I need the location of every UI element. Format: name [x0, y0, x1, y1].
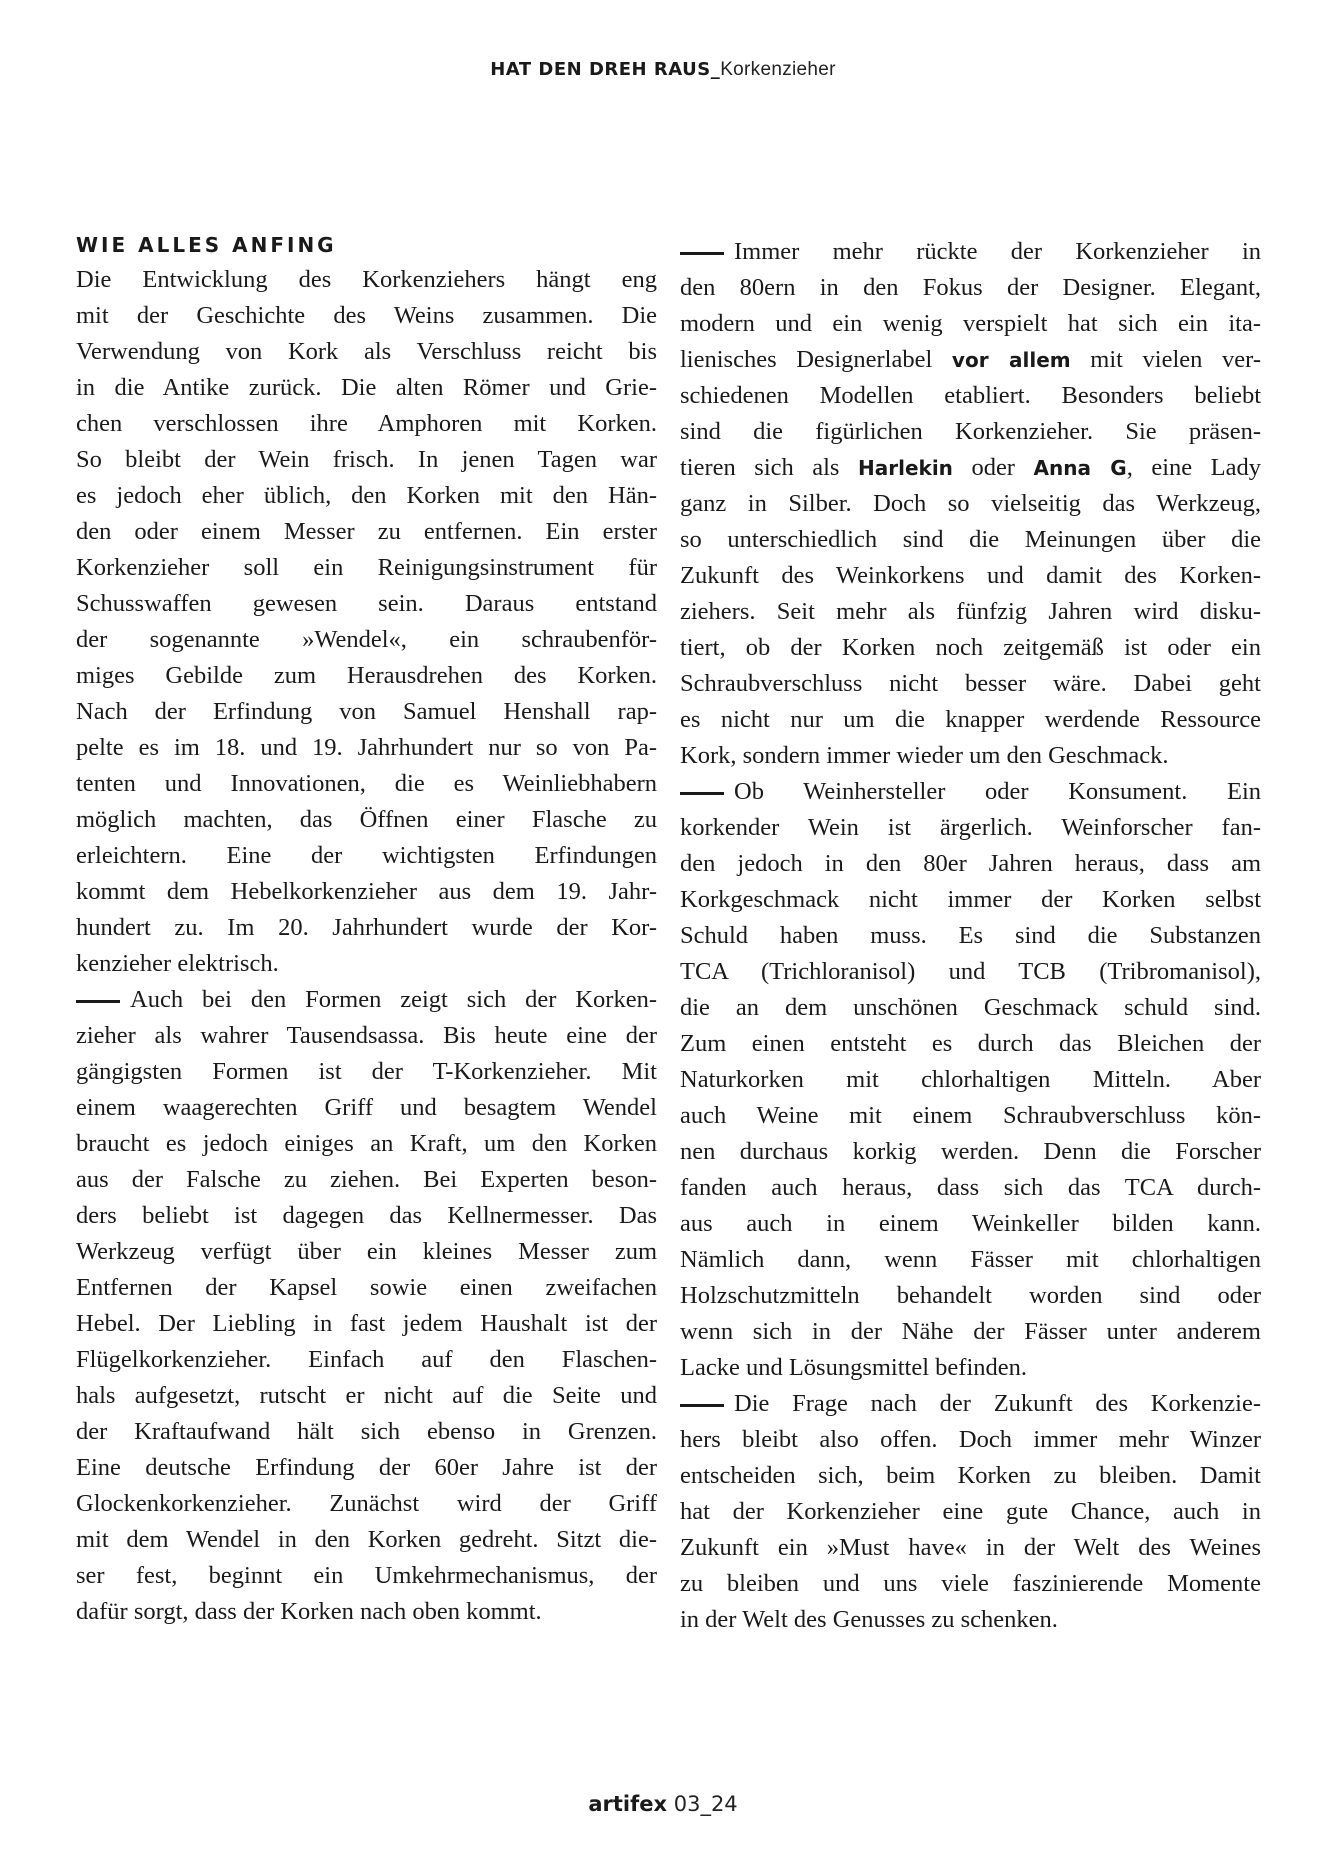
text-line: den 80ern in den Fokus der Designer. Ele… — [680, 270, 1261, 306]
page-footer: artifex 03_24 — [0, 1790, 1326, 1818]
text-line: ziehers. Seit mehr als fünfzig Jahren wi… — [680, 594, 1261, 630]
text-line: entscheiden sich, beim Korken zu bleiben… — [680, 1458, 1261, 1494]
paragraph-start-line: Immer mehr rückte der Korkenzieher in — [680, 234, 1261, 270]
paragraph-dash-icon — [76, 1000, 120, 1003]
text-line: fanden auch heraus, dass sich das TCA du… — [680, 1170, 1261, 1206]
model-name-emphasis: Harlekin — [858, 456, 953, 480]
text-line: Flügelkorkenzieher. Einfach auf den Flas… — [76, 1342, 657, 1378]
text-line: in die Antike zurück. Die alten Römer un… — [76, 370, 657, 406]
text-line: braucht es jedoch einiges an Kraft, um d… — [76, 1126, 657, 1162]
text-line: Eine deutsche Erfindung der 60er Jahre i… — [76, 1450, 657, 1486]
text-line: kenzieher elektrisch. — [76, 946, 657, 982]
section-heading: WIE ALLES ANFING — [76, 230, 657, 260]
text-line: Zukunft ein »Must have« in der Welt des … — [680, 1530, 1261, 1566]
text-line: wenn sich in der Nähe der Fässer unter a… — [680, 1314, 1261, 1350]
text-line: Kork, sondern immer wieder um den Geschm… — [680, 738, 1261, 774]
text-line: miges Gebilde zum Herausdrehen des Korke… — [76, 658, 657, 694]
text-line: Zukunft des Weinkorkens und damit des Ko… — [680, 558, 1261, 594]
text-line: es jedoch eher üblich, den Korken mit de… — [76, 478, 657, 514]
text-line: Ob Weinhersteller oder Konsument. Ein — [734, 778, 1261, 805]
paragraph-start-line: Auch bei den Formen zeigt sich der Korke… — [76, 982, 657, 1018]
text-line: Die Frage nach der Zukunft des Korkenzie… — [734, 1390, 1261, 1417]
text-line: tiert, ob der Korken noch zeitgemäß ist … — [680, 630, 1261, 666]
paragraph-start-line: Ob Weinhersteller oder Konsument. Ein — [680, 774, 1261, 810]
text-line: ganz in Silber. Doch so vielseitig das W… — [680, 486, 1261, 522]
section-subtitle: Korkenzieher — [720, 59, 836, 80]
text-line: die an dem unschönen Geschmack schuld si… — [680, 990, 1261, 1026]
text-line: modern und ein wenig verspielt hat sich … — [680, 306, 1261, 342]
text-line: der Kraftaufwand hält sich ebenso in Gre… — [76, 1414, 657, 1450]
text-line: Nämlich dann, wenn Fässer mit chlorhalti… — [680, 1242, 1261, 1278]
section-kicker: HAT DEN DREH RAUS_ — [490, 59, 720, 80]
text-line: tenten und Innovationen, die es Weinlieb… — [76, 766, 657, 802]
text-line: in der Welt des Genusses zu schenken. — [680, 1602, 1261, 1638]
text-line: Die Entwicklung des Korkenziehers hängt … — [76, 262, 657, 298]
text-line: Werkzeug verfügt über ein kleines Messer… — [76, 1234, 657, 1270]
text-line: zu bleiben und uns viele faszinierende M… — [680, 1566, 1261, 1602]
text-line: schiedenen Modellen etabliert. Besonders… — [680, 378, 1261, 414]
text-line: so unterschiedlich sind die Meinungen üb… — [680, 522, 1261, 558]
text-line-with-emphasis: lienisches Designerlabel vor allem mit v… — [680, 342, 1261, 378]
paragraph-dash-icon — [680, 792, 724, 795]
text-line: auch Weine mit einem Schraubverschluss k… — [680, 1098, 1261, 1134]
text-line: hers bleibt also offen. Doch immer mehr … — [680, 1422, 1261, 1458]
text-line: kommt dem Hebelkorkenzieher aus dem 19. … — [76, 874, 657, 910]
text-line: zieher als wahrer Tausendsassa. Bis heut… — [76, 1018, 657, 1054]
article-column-left: WIE ALLES ANFING Die Entwicklung des Kor… — [76, 234, 657, 1630]
text-line: Schraubverschluss nicht besser wäre. Dab… — [680, 666, 1261, 702]
text-line: erleichtern. Eine der wichtigsten Erfind… — [76, 838, 657, 874]
magazine-brand: artifex — [588, 1792, 667, 1816]
text-line: chen verschlossen ihre Amphoren mit Kork… — [76, 406, 657, 442]
text-line: aus der Falsche zu ziehen. Bei Experten … — [76, 1162, 657, 1198]
running-header: HAT DEN DREH RAUS_Korkenzieher — [0, 58, 1326, 82]
text-line: pelte es im 18. und 19. Jahrhundert nur … — [76, 730, 657, 766]
text-line: TCA (Trichloranisol) und TCB (Tribromani… — [680, 954, 1261, 990]
text-line: Entfernen der Kapsel sowie einen zweifac… — [76, 1270, 657, 1306]
text-line: So bleibt der Wein frisch. In jenen Tage… — [76, 442, 657, 478]
text-line: mit dem Wendel in den Korken gedreht. Si… — [76, 1522, 657, 1558]
text-line: dafür sorgt, dass der Korken nach oben k… — [76, 1594, 657, 1630]
text-line: Zum einen entsteht es durch das Bleichen… — [680, 1026, 1261, 1062]
article-column-right: Immer mehr rückte der Korkenzieher in de… — [680, 234, 1261, 1638]
text-line: Lacke und Lösungsmittel befinden. — [680, 1350, 1261, 1386]
text-line: mit der Geschichte des Weins zusammen. D… — [76, 298, 657, 334]
brand-name-emphasis: vor allem — [952, 348, 1071, 372]
text-line: Korkgeschmack nicht immer der Korken sel… — [680, 882, 1261, 918]
text-line: hat der Korkenzieher eine gute Chance, a… — [680, 1494, 1261, 1530]
model-name-emphasis: Anna G — [1034, 456, 1127, 480]
text-line: einem waagerechten Griff und besagtem We… — [76, 1090, 657, 1126]
text-line: Schuld haben muss. Es sind die Substanze… — [680, 918, 1261, 954]
text-line: Nach der Erfindung von Samuel Henshall r… — [76, 694, 657, 730]
text-line: sind die figürlichen Korkenzieher. Sie p… — [680, 414, 1261, 450]
text-line: ders beliebt ist dagegen das Kellnermess… — [76, 1198, 657, 1234]
text-line: Schusswaffen gewesen sein. Daraus entsta… — [76, 586, 657, 622]
text-line: der sogenannte »Wendel«, ein schraubenfö… — [76, 622, 657, 658]
text-line: hundert zu. Im 20. Jahrhundert wurde der… — [76, 910, 657, 946]
text-line: Immer mehr rückte der Korkenzieher in — [734, 238, 1261, 265]
text-line-with-emphasis: tieren sich als Harlekin oder Anna G, ei… — [680, 450, 1261, 486]
text-line: Korkenzieher soll ein Reinigungsinstrume… — [76, 550, 657, 586]
text-line: den jedoch in den 80er Jahren heraus, da… — [680, 846, 1261, 882]
text-line: Verwendung von Kork als Verschluss reich… — [76, 334, 657, 370]
text-line: korkender Wein ist ärgerlich. Weinforsch… — [680, 810, 1261, 846]
paragraph-dash-icon — [680, 1404, 724, 1407]
text-line: Glockenkorkenzieher. Zunächst wird der G… — [76, 1486, 657, 1522]
text-line: Naturkorken mit chlorhaltigen Mitteln. A… — [680, 1062, 1261, 1098]
paragraph-dash-icon — [680, 252, 724, 255]
text-line: es nicht nur um die knapper werdende Res… — [680, 702, 1261, 738]
text-line: den oder einem Messer zu entfernen. Ein … — [76, 514, 657, 550]
text-line: ser fest, beginnt ein Umkehrmechanismus,… — [76, 1558, 657, 1594]
text-line: Hebel. Der Liebling in fast jedem Hausha… — [76, 1306, 657, 1342]
paragraph-start-line: Die Frage nach der Zukunft des Korkenzie… — [680, 1386, 1261, 1422]
text-line: nen durchaus korkig werden. Denn die For… — [680, 1134, 1261, 1170]
text-line: möglich machten, das Öffnen einer Flasch… — [76, 802, 657, 838]
text-line: Holzschutzmitteln behandelt worden sind … — [680, 1278, 1261, 1314]
text-line: gängigsten Formen ist der T-Korkenzieher… — [76, 1054, 657, 1090]
text-line: hals aufgesetzt, rutscht er nicht auf di… — [76, 1378, 657, 1414]
text-line: aus auch in einem Weinkeller bilden kann… — [680, 1206, 1261, 1242]
text-line: Auch bei den Formen zeigt sich der Korke… — [130, 986, 657, 1013]
issue-number: 03_24 — [674, 1792, 738, 1816]
